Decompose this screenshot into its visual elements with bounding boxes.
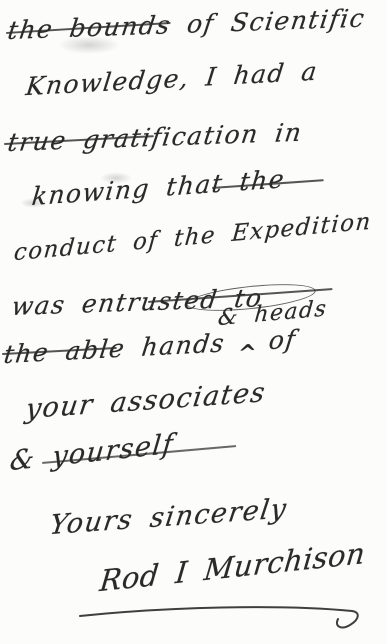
handwritten-line-5: conduct of the Expedition bbox=[13, 209, 373, 267]
handwritten-line-1: the bounds of Scientific bbox=[6, 3, 367, 45]
caret-line-after: of bbox=[267, 325, 298, 356]
signature-underline-flourish bbox=[76, 600, 366, 634]
handwritten-line-4: knowing that the bbox=[30, 164, 286, 211]
handwritten-line-8: your associates bbox=[24, 377, 268, 425]
handwritten-line-7: the able hands^of bbox=[2, 325, 298, 370]
caret-mark: ^ bbox=[236, 340, 259, 367]
handwritten-line-2: Knowledge, I had a bbox=[24, 57, 320, 102]
handwritten-line-3: true gratification in bbox=[6, 118, 305, 157]
signature: Rod I Murchison bbox=[98, 536, 367, 598]
valediction: Yours sincerely bbox=[48, 493, 290, 541]
letter-page: the bounds of Scientific Knowledge, I ha… bbox=[0, 0, 387, 644]
